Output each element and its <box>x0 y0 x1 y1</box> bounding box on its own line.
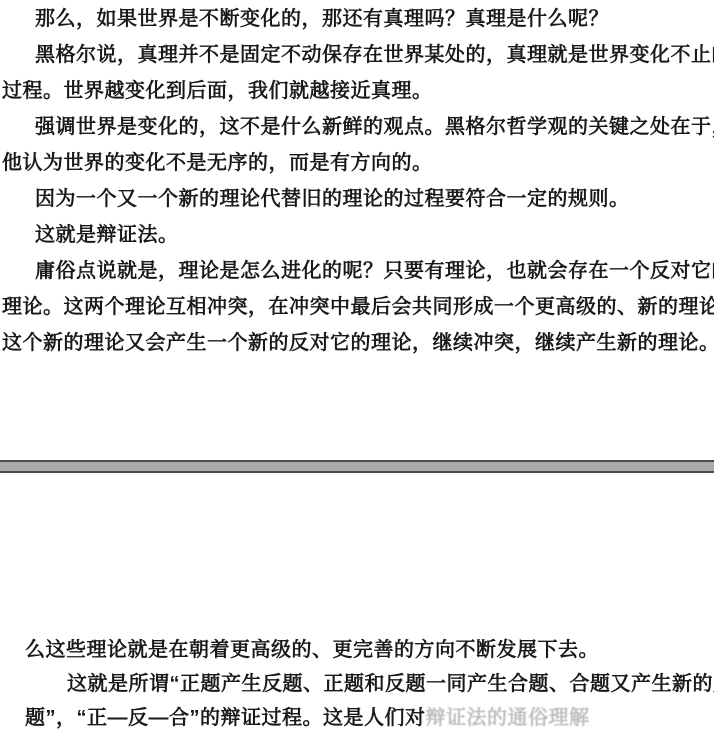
text-line: 这就是辩证法。 <box>35 223 179 247</box>
page-break-divider <box>0 460 714 473</box>
text-line-content: 过程。世界越变化到后面，我们就越接近真理。 <box>2 80 433 102</box>
page-bottom-section: 么这些理论就是在朝着更高级的、更完善的方向不断发展下去。这就是所谓“正题产生反题… <box>0 0 714 736</box>
text-line: 这就是所谓“正题产生反题、正题和反题一同产生合题、合题又产生新的反 <box>67 672 714 696</box>
text-line: 过程。世界越变化到后面，我们就越接近真理。 <box>2 79 433 103</box>
text-line: 庸俗点说就是，理论是怎么进化的呢？只要有理论，也就会存在一个反对它的 <box>35 259 714 283</box>
text-line-content: 那么，如果世界是不断变化的，那还有真理吗？真理是什么呢？ <box>35 8 609 30</box>
text-line-content: 庸俗点说就是，理论是怎么进化的呢？只要有理论，也就会存在一个反对它的 <box>35 260 714 282</box>
page-top-section: 那么，如果世界是不断变化的，那还有真理吗？真理是什么呢？黑格尔说，真理并不是固定… <box>0 0 714 736</box>
text-line-content: 强调世界是变化的，这不是什么新鲜的观点。黑格尔哲学观的关键之处在于， <box>35 116 714 138</box>
text-line-content: 这就是所谓“正题产生反题、正题和反题一同产生合题、合题又产生新的反 <box>67 673 714 695</box>
text-line-content: 么这些理论就是在朝着更高级的、更完善的方向不断发展下去。 <box>25 639 599 661</box>
text-line-content: 题”，“正—反—合”的辩证过程。这是人们对 <box>25 707 426 729</box>
text-line: 强调世界是变化的，这不是什么新鲜的观点。黑格尔哲学观的关键之处在于， <box>35 115 714 139</box>
text-line: 黑格尔说，真理并不是固定不动保存在世界某处的，真理就是世界变化不止的 <box>35 43 714 67</box>
text-line-content: 这个新的理论又会产生一个新的反对它的理论，继续冲突，继续产生新的理论。那 <box>2 332 714 354</box>
faded-text-tail: 辩证法的通俗理解 <box>426 707 590 729</box>
text-line-content: 他认为世界的变化不是无序的，而是有方向的。 <box>2 152 433 174</box>
text-line-content: 黑格尔说，真理并不是固定不动保存在世界某处的，真理就是世界变化不止的 <box>35 44 714 66</box>
book-reader-page: 那么，如果世界是不断变化的，那还有真理吗？真理是什么呢？黑格尔说，真理并不是固定… <box>0 0 714 736</box>
text-line-content: 理论。这两个理论互相冲突，在冲突中最后会共同形成一个更高级的、新的理论。 <box>2 296 714 318</box>
text-line: 那么，如果世界是不断变化的，那还有真理吗？真理是什么呢？ <box>35 7 609 31</box>
text-line: 他认为世界的变化不是无序的，而是有方向的。 <box>2 151 433 175</box>
text-line: 题”，“正—反—合”的辩证过程。这是人们对辩证法的通俗理解 <box>25 706 590 730</box>
text-line: 这个新的理论又会产生一个新的反对它的理论，继续冲突，继续产生新的理论。那 <box>2 331 714 355</box>
text-line-content: 因为一个又一个新的理论代替旧的理论的过程要符合一定的规则。 <box>35 188 630 210</box>
text-line: 因为一个又一个新的理论代替旧的理论的过程要符合一定的规则。 <box>35 187 630 211</box>
text-line-content: 这就是辩证法。 <box>35 224 179 246</box>
text-line: 么这些理论就是在朝着更高级的、更完善的方向不断发展下去。 <box>25 638 599 662</box>
text-line: 理论。这两个理论互相冲突，在冲突中最后会共同形成一个更高级的、新的理论。 <box>2 295 714 319</box>
